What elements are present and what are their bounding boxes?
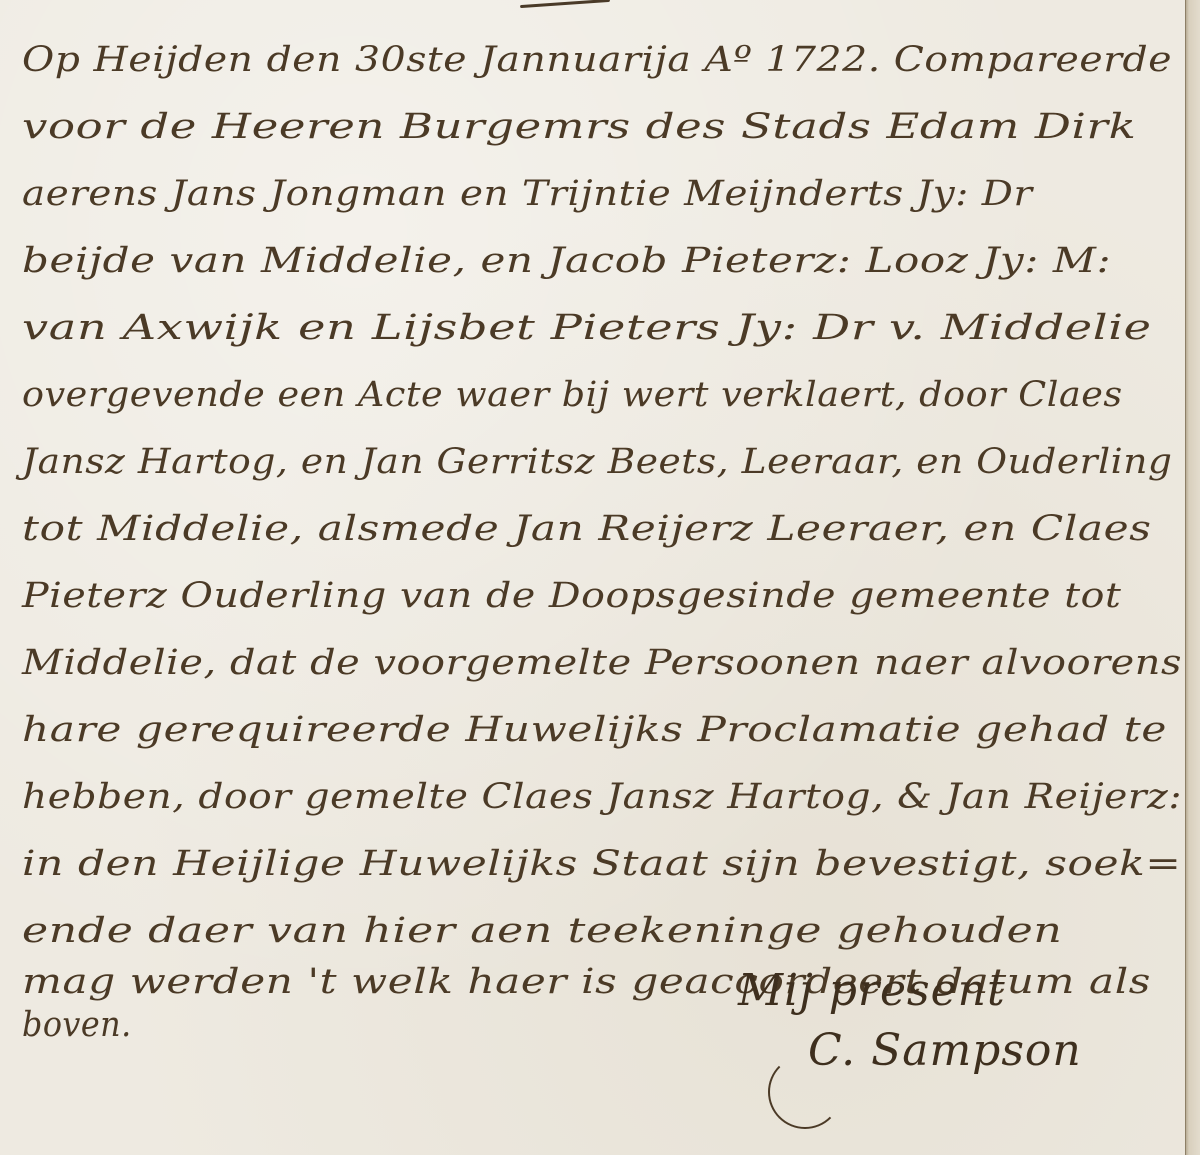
manuscript-line-5: van Axwijk en Lijsbet Pieters Jy: Dr v. … <box>22 308 1152 348</box>
manuscript-line-12: hebben, door gemelte Claes Jansz Hartog,… <box>22 777 1182 817</box>
manuscript-line-4: beijde van Middelie, en Jacob Pieterz: L… <box>22 241 1111 281</box>
manuscript-line-2: voor de Heeren Burgemrs des Stads Edam D… <box>22 107 1136 147</box>
ink-stroke <box>520 0 610 8</box>
signature-flourish <box>768 1055 842 1129</box>
manuscript-page: Op Heijden den 30ste Jannuarija Aº 1722.… <box>0 0 1186 1155</box>
manuscript-line-1: Op Heijden den 30ste Jannuarija Aº 1722.… <box>22 40 1172 80</box>
signature-name: C. Sampson <box>808 1025 1082 1076</box>
manuscript-line-14: ende daer van hier aen teekeninge gehoud… <box>22 911 1062 951</box>
manuscript-line-13: in den Heijlige Huwelijks Staat sijn bev… <box>22 844 1181 884</box>
manuscript-line-11: hare gerequireerde Huwelijks Proclamatie… <box>22 710 1167 750</box>
manuscript-line-3: aerens Jans Jongman en Trijntie Meijnder… <box>22 174 1033 214</box>
manuscript-line-10: Middelie, dat de voorgemelte Persoonen n… <box>22 643 1182 683</box>
manuscript-line-6: overgevende een Acte waer bij wert verkl… <box>22 375 1123 415</box>
manuscript-line-8: tot Middelie, alsmede Jan Reijerz Leerae… <box>22 509 1152 549</box>
manuscript-line-9: Pieterz Ouderling van de Doopsgesinde ge… <box>22 576 1121 616</box>
page-edge <box>1185 0 1200 1155</box>
signature-block: Mij present C. Sampson <box>738 965 1158 1135</box>
signature-attestation: Mij present <box>738 965 1006 1016</box>
manuscript-line-7: Jansz Hartog, en Jan Gerritsz Beets, Lee… <box>22 442 1173 482</box>
manuscript-line-16: boven. <box>22 1005 132 1045</box>
